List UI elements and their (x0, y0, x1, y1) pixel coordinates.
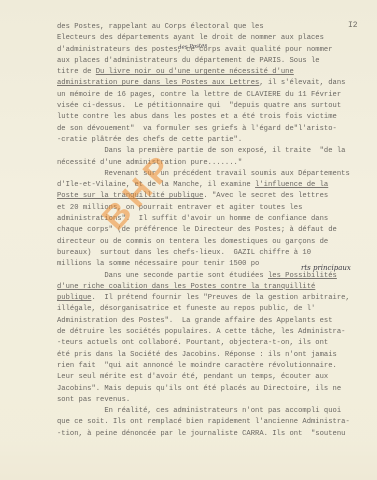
text-line: Revenant sur un précédent travail soumis… (57, 169, 375, 180)
underlined-title: l'influence de la (255, 181, 328, 189)
text-line: Dans la première partie de son exposé, i… (57, 146, 375, 157)
text-line: En réalité, ces administrateurs n'ont pa… (57, 406, 375, 417)
text-segment: . "Avec le secret des lettres (203, 192, 328, 200)
text-line: illégale, désorganisatrice et funeste au… (57, 304, 375, 315)
text-segment: Dans une seconde partie sont étudiées (57, 272, 268, 280)
text-line: des Postes, rappelant au Corps électoral… (57, 22, 375, 33)
text-line: un mémoire de 16 pages, contre la lettre… (57, 90, 375, 101)
text-line: titre de Du livre noir ou d'une urgente … (57, 67, 375, 78)
text-line: et 20 millions, on pourrait entraver et … (57, 203, 375, 214)
text-line: nécessité d'une administration pure.....… (57, 158, 375, 169)
text-line: que ce soit. Ils ont remplacé bien rapid… (57, 417, 375, 428)
text-segment: , il s'élevait, dans (259, 79, 345, 87)
text-line: été pris dans la Société des Jacobins. R… (57, 350, 375, 361)
text-line: Leur seul mérite est d'avoir été, pendan… (57, 372, 375, 383)
text-line: de son dévouement" va formuler ses grief… (57, 124, 375, 135)
underlined-title: administration pure dans les Postes aux … (57, 79, 259, 87)
document-page: I2 des Postes, rappelant au Corps électo… (0, 0, 377, 480)
text-line: lutte contre les abus dans les postes et… (57, 112, 375, 123)
underlined-title: d'une riche coalition dans les Postes co… (57, 283, 315, 291)
text-line: Dans une seconde partie sont étudiées le… (57, 271, 375, 282)
underlined-title: Du livre noir ou d'une urgente nécessité… (96, 68, 294, 76)
text-line: -cratie plâtrée des chefs de cette parti… (57, 135, 375, 146)
text-line: d'administrateurs des postes, ce corps a… (57, 45, 375, 56)
text-line: aux places d'administrateurs du départem… (57, 56, 375, 67)
text-line: publique. Il prétend fournir les "Preuve… (57, 293, 375, 304)
text-line: Jacobins". Mais depuis qu'ils ont été pl… (57, 384, 375, 395)
text-line: d'Ile-et-Vilaine, et de la Manche, il ex… (57, 180, 375, 191)
underlined-title: publique (57, 294, 91, 302)
text-line: directeur ou de commis on tentera les do… (57, 237, 375, 248)
text-line: administration pure dans les Postes aux … (57, 78, 375, 89)
text-line: Electeurs des départements ayant le droi… (57, 33, 375, 44)
text-line: Poste sur la tranquillité publique. "Ave… (57, 191, 375, 202)
text-segment: titre de (57, 68, 96, 76)
text-line: sont pas revenus. (57, 395, 375, 406)
text-line: d'une riche coalition dans les Postes co… (57, 282, 375, 293)
text-line: rien fait "qui ait annoncé le moindre ca… (57, 361, 375, 372)
text-segment: d'Ile-et-Vilaine, et de la Manche, il ex… (57, 181, 255, 189)
text-line: -tion, à peine dénoncée par le journalis… (57, 429, 375, 440)
underlined-title: les Possibilités (268, 272, 337, 280)
text-line: bureaux) surtout dans les chefs-lieux. G… (57, 248, 375, 259)
text-line: -teurs actuels ont collaboré. Pourtant, … (57, 338, 375, 349)
text-line: visée ci-dessus. Le pétitionnaire qui "d… (57, 101, 375, 112)
text-segment: . Il prétend fournir les "Preuves de la … (91, 294, 349, 302)
underlined-title: Poste sur la tranquillité publique (57, 192, 203, 200)
page-bottom-shadow (0, 440, 377, 480)
text-line: administrations". Il suffit d'avoir un h… (57, 214, 375, 225)
text-line: chaque corps" (de préférence le Directeu… (57, 225, 375, 236)
text-line: de détruire les sociétés populaires. A c… (57, 327, 375, 338)
typewritten-body: des Postes, rappelant au Corps électoral… (57, 22, 375, 440)
text-line: Administration des Postes". La grande af… (57, 316, 375, 327)
handwritten-annotation-principaux: rts principaux (301, 264, 351, 272)
